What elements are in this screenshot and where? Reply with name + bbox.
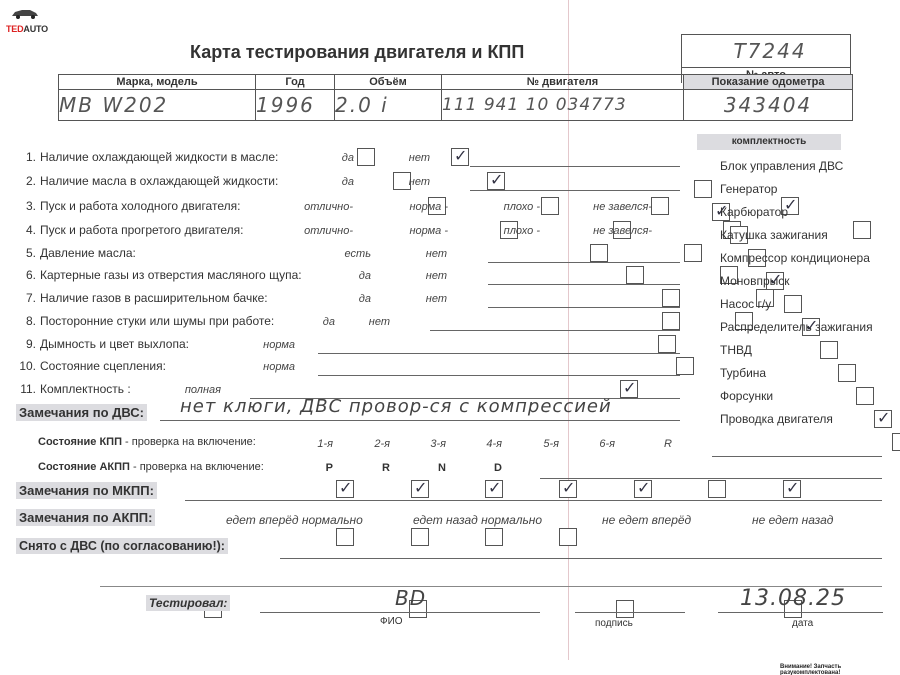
signature-line[interactable] (575, 612, 685, 613)
item-number: 7. (16, 291, 36, 305)
checklist-item: 10.Состояние сцепления: (16, 359, 166, 373)
item-text: Картерные газы из отверстия масляного щу… (40, 268, 302, 282)
item-number: 9. (16, 337, 36, 351)
item-text: Пуск и работа холодного двигателя: (40, 199, 240, 213)
item-number: 4. (16, 223, 36, 237)
kit-header: комплектность (697, 134, 841, 150)
tested-by-label: Тестировал: (146, 595, 230, 611)
position-label: R (382, 462, 390, 474)
item-number: 2. (16, 174, 36, 188)
make-model-value: MB W202 (59, 90, 256, 121)
kit-checkbox[interactable] (874, 410, 892, 428)
gear-label: 6-я (599, 438, 615, 450)
date-caption: дата (792, 618, 813, 629)
col-year: Год (256, 75, 335, 90)
auto-remark-label: не едет назад (752, 513, 833, 527)
option-label: да (342, 176, 354, 188)
odometer-value: 343404 (684, 90, 853, 121)
remarks-engine-line (160, 420, 680, 421)
col-odometer: Показание одометра (684, 75, 853, 90)
item-number: 10. (16, 359, 36, 373)
kit-item-label: Блок управления ДВС (720, 159, 843, 173)
item-number: 5. (16, 246, 36, 260)
removed-line[interactable] (280, 558, 882, 559)
year-value: 1996 (256, 90, 335, 121)
option-label: да (342, 152, 354, 164)
notes-line[interactable] (470, 190, 680, 191)
option-checkbox[interactable] (541, 197, 559, 215)
remarks-auto-label: Замечания по АКПП: (16, 509, 155, 526)
auto-remark-label: едет вперёд нормально (226, 513, 363, 527)
item-number: 3. (16, 199, 36, 213)
option-label: норма (263, 339, 295, 351)
gear-checkbox[interactable] (634, 480, 652, 498)
auto-gearbox-line (540, 478, 882, 479)
option-checkbox[interactable] (662, 312, 680, 330)
option-label: не завелся- (593, 225, 652, 237)
volume-value: 2.0 i (335, 90, 442, 121)
footer-note: Внимание! Запчасть разукомплектована! (780, 664, 900, 675)
position-checkbox[interactable] (336, 528, 354, 546)
option-label: полная (185, 384, 221, 396)
option-checkbox[interactable] (590, 244, 608, 262)
gear-checkbox[interactable] (485, 480, 503, 498)
logo: TEDAUTO (6, 6, 46, 34)
item-text: Наличие масла в охлаждающей жидкости: (40, 174, 278, 188)
kit-item-label: Генератор (720, 182, 777, 196)
plate-box: T7244 (681, 34, 851, 67)
option-label: нет (369, 316, 390, 328)
kit-item-label: Компрессор кондиционера (720, 251, 870, 265)
kit-checkbox[interactable] (694, 180, 712, 198)
notes-line[interactable] (488, 307, 680, 308)
option-checkbox[interactable] (853, 221, 871, 239)
position-checkbox[interactable] (411, 528, 429, 546)
brand-name: TEDAUTO (6, 24, 46, 34)
notes-line[interactable] (470, 166, 680, 167)
option-label: отлично- (304, 201, 353, 213)
remarks-manual-label: Замечания по МКПП: (16, 482, 157, 499)
remarks-engine-value[interactable]: нет клюги, ДВС провор-ся с компрессией (180, 396, 700, 417)
item-text: Посторонние стуки или шумы при работе: (40, 314, 274, 328)
col-volume: Объём (335, 75, 442, 90)
vehicle-header-table: Марка, модель Год Объём № двигателя Пока… (58, 74, 853, 121)
option-label: да (359, 270, 371, 282)
option-checkbox[interactable] (651, 197, 669, 215)
notes-line[interactable] (488, 262, 680, 263)
item-text: Пуск и работа прогретого двигателя: (40, 223, 244, 237)
kit-checkbox[interactable] (856, 387, 874, 405)
item-number: 1. (16, 150, 36, 164)
checklist-item: 1.Наличие охлаждающей жидкости в масле: (16, 150, 278, 164)
option-label: плохо - (504, 201, 540, 213)
notes-line[interactable] (318, 353, 680, 354)
name-caption: ФИО (380, 616, 403, 627)
option-label: нет (409, 176, 430, 188)
auto-gearbox-label: Состояние АКПП - проверка на включение: (38, 461, 264, 473)
gearbox-line (712, 456, 882, 457)
gear-label: 3-я (430, 438, 446, 450)
item-number: 8. (16, 314, 36, 328)
position-checkbox[interactable] (485, 528, 503, 546)
position-checkbox[interactable] (559, 528, 577, 546)
gear-checkbox[interactable] (411, 480, 429, 498)
kit-item-label: Турбина (720, 366, 766, 380)
option-label: нет (409, 152, 430, 164)
gear-checkbox[interactable] (559, 480, 577, 498)
notes-line[interactable] (430, 330, 680, 331)
option-label: нет (426, 293, 447, 305)
gear-label: R (664, 438, 672, 450)
name-line (260, 612, 540, 613)
gear-label: 2-я (374, 438, 390, 450)
removed-label: Снято с ДВС (по согласованию!): (16, 538, 228, 554)
item-number: 11. (16, 382, 36, 396)
checklist-item: 11.Комплектность : (16, 382, 131, 396)
position-label: D (494, 462, 502, 474)
checklist-item: 9.Дымность и цвет выхлопа: (16, 337, 189, 351)
option-checkbox[interactable] (658, 335, 676, 353)
position-label: N (438, 462, 446, 474)
remarks-manual-line[interactable] (185, 500, 882, 501)
kit-checkbox[interactable] (838, 364, 856, 382)
option-label: нет (426, 248, 447, 260)
option-label: норма - (409, 201, 448, 213)
gear-checkbox[interactable] (783, 480, 801, 498)
option-checkbox[interactable] (662, 289, 680, 307)
option-checkbox[interactable] (357, 148, 375, 166)
option-label: да (323, 316, 335, 328)
engine-number-value: 111 941 10 034773 (442, 90, 684, 121)
item-text: Наличие охлаждающей жидкости в масле: (40, 150, 278, 164)
item-text: Давление масла: (40, 246, 136, 260)
signature-caption: подпись (595, 618, 633, 629)
kit-item-label: ТНВД (720, 343, 752, 357)
checklist-item: 2.Наличие масла в охлаждающей жидкости: (16, 174, 278, 188)
car-icon (10, 7, 40, 19)
checklist-item: 3.Пуск и работа холодного двигателя: (16, 199, 240, 213)
option-label: норма (263, 361, 295, 373)
option-label: норма - (409, 225, 448, 237)
kit-checkbox[interactable] (892, 433, 900, 451)
option-checkbox[interactable] (684, 244, 702, 262)
option-label: есть (345, 248, 371, 260)
item-text: Состояние сцепления: (40, 359, 166, 373)
plate-value: T7244 (682, 35, 850, 67)
gear-checkbox[interactable] (708, 480, 726, 498)
kit-item-label: Проводка двигателя (720, 412, 833, 426)
auto-remark-label: не едет вперёд (602, 513, 691, 527)
gear-checkbox[interactable] (336, 480, 354, 498)
kit-item-label: Форсунки (720, 389, 773, 403)
remarks-engine-label: Замечания по ДВС: (16, 404, 147, 421)
option-label: отлично- (304, 225, 353, 237)
checklist-item: 4.Пуск и работа прогретого двигателя: (16, 223, 244, 237)
option-label: да (359, 293, 371, 305)
checklist: 1.Наличие охлаждающей жидкости в масле:д… (0, 0, 900, 23)
option-label: не завелся- (593, 201, 652, 213)
option-checkbox[interactable] (451, 148, 469, 166)
option-checkbox[interactable] (676, 357, 694, 375)
kit-checkbox[interactable] (784, 295, 802, 313)
gear-label: 5-я (543, 438, 559, 450)
gear-label: 4-я (486, 438, 502, 450)
kit-item-label: Распределитель зажигания (720, 320, 873, 334)
checklist-item: 6.Картерные газы из отверстия масляного … (16, 268, 302, 282)
checklist-item: 7.Наличие газов в расширительном бачке: (16, 291, 268, 305)
date-value[interactable]: 13.08.25 (740, 586, 846, 611)
page-title: Карта тестирования двигателя и КПП (190, 42, 524, 63)
item-text: Комплектность : (40, 382, 131, 396)
option-label: нет (426, 270, 447, 282)
item-number: 6. (16, 268, 36, 282)
kit-item-label: Катушка зажигания (720, 228, 828, 242)
kit-checkbox[interactable] (820, 341, 838, 359)
kit-item-label: Насос г/у (720, 297, 771, 311)
notes-line[interactable] (318, 375, 680, 376)
col-engine-number: № двигателя (442, 75, 684, 90)
kit-item-label: Моновпрыск (720, 274, 790, 288)
item-text: Наличие газов в расширительном бачке: (40, 291, 268, 305)
option-label: плохо - (504, 225, 540, 237)
option-checkbox[interactable] (487, 172, 505, 190)
checklist-item: 5.Давление масла: (16, 246, 136, 260)
manual-gearbox-label: Состояние КПП - проверка на включение: (38, 436, 256, 448)
option-checkbox[interactable] (626, 266, 644, 284)
auto-remark-checkbox[interactable] (616, 600, 634, 618)
notes-line[interactable] (488, 284, 680, 285)
auto-remark-label: едет назад нормально (413, 513, 542, 527)
item-text: Дымность и цвет выхлопа: (40, 337, 189, 351)
checklist-item: 8.Посторонние стуки или шумы при работе: (16, 314, 274, 328)
kit-item-label: Карбюратор (720, 205, 788, 219)
position-label: P (326, 462, 333, 474)
tester-name-value[interactable]: BD (395, 586, 426, 610)
date-line (718, 612, 883, 613)
col-make-model: Марка, модель (59, 75, 256, 90)
gear-label: 1-я (317, 438, 333, 450)
